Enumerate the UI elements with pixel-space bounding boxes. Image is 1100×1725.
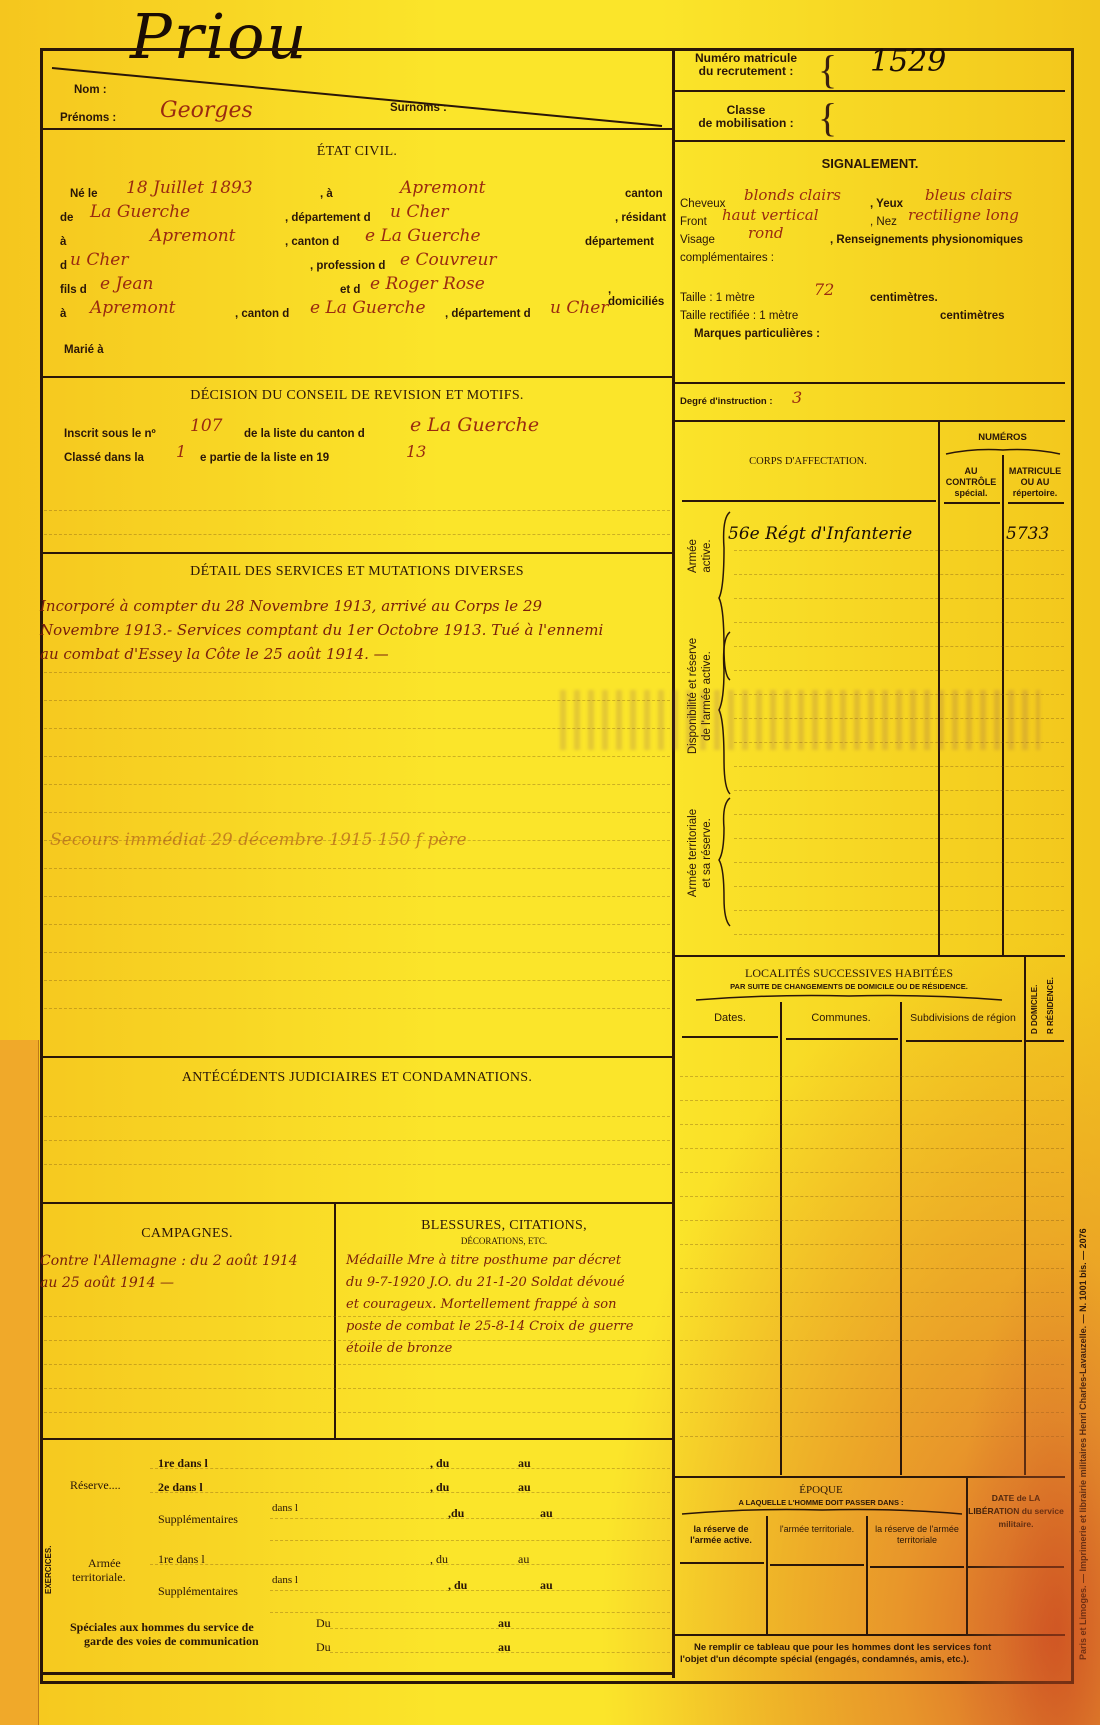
divider — [42, 376, 672, 378]
reserve-label: Réserve.... — [70, 1478, 121, 1493]
controle-header: AU CONTRÔLE spécial. — [940, 466, 1002, 499]
pere: e Jean — [100, 274, 153, 294]
decision-canton: e La Guerche — [410, 414, 539, 436]
divider — [675, 420, 1065, 422]
visage-value: rond — [748, 224, 783, 242]
ruled-line — [734, 838, 1064, 839]
section-label-line: Armée territoriale — [686, 788, 700, 918]
etat-civil-block: Né le 18 Juillet 1893 , à Apremont canto… — [60, 178, 670, 358]
antecedents-title: ANTÉCÉDENTS JUDICIAIRES ET CONDAMNATIONS… — [42, 1070, 672, 1086]
ruled-line — [734, 862, 1064, 863]
domicile-label: D DOMICILE. — [1030, 985, 1039, 1034]
renseignements-label: , Renseignements physionomiques — [830, 234, 1023, 246]
divider — [42, 552, 672, 554]
brace: { — [818, 46, 837, 93]
services-line: Novembre 1913.- Services comptant du 1er… — [40, 618, 680, 642]
divider — [682, 500, 936, 502]
brace-horizontal — [680, 1508, 964, 1516]
a-label: à — [60, 236, 66, 248]
blessure-line: et courageux. Mortellement frappé à son — [346, 1294, 670, 1316]
ruled-line — [680, 1076, 1064, 1077]
blessure-line: du 9-7-1920 J.O. du 21-1-20 Soldat dévou… — [346, 1272, 670, 1294]
partie: 1 — [176, 442, 186, 461]
front-label: Front — [680, 216, 707, 228]
ruled-line — [44, 756, 670, 757]
profession: e Couvreur — [400, 250, 497, 270]
territoriale-label: territoriale. — [72, 1570, 126, 1585]
matricule-line: MATRICULE — [1004, 466, 1066, 477]
ruled-line — [330, 1652, 670, 1653]
blessures-subtitle: DÉCORATIONS, ETC. — [336, 1236, 672, 1246]
taille-label: Taille : 1 mètre — [680, 292, 755, 304]
ruled-line — [680, 1100, 1064, 1101]
campagne-line: Contre l'Allemagne : du 2 août 1914 — [40, 1250, 334, 1272]
taille-rectifiee-label: Taille rectifiée : 1 mètre — [680, 310, 798, 322]
ruled-line — [44, 672, 670, 673]
nom-strike-line — [42, 50, 672, 130]
classe-label-line: de mobilisation : — [676, 117, 816, 130]
matricule-label: Numéro matricule du recrutement : — [676, 52, 816, 78]
controle-line: spécial. — [940, 488, 1002, 499]
ruled-line — [734, 790, 1064, 791]
services-line: au combat d'Essey la Côte le 25 août 191… — [40, 642, 680, 666]
matricule-repertoire-value: 5733 — [1006, 524, 1049, 544]
services-title: DÉTAIL DES SERVICES ET MUTATIONS DIVERSE… — [42, 564, 672, 580]
exercices-block: Réserve.... 1re dans l , du au 2e dans l… — [58, 1450, 668, 1650]
divider — [42, 1056, 672, 1058]
yeux-label: , Yeux — [870, 198, 903, 210]
section-label-territoriale: Armée territoriale et sa réserve. — [686, 788, 714, 918]
centimetres-label: centimètres — [940, 310, 1005, 322]
campagnes-title: CAMPAGNES. — [42, 1226, 332, 1242]
matricule-line: OU AU — [1004, 477, 1066, 488]
canton-label: , canton d — [235, 308, 289, 320]
yeux-value: bleus clairs — [925, 186, 1012, 204]
localites-col-dates: Dates. — [680, 1012, 780, 1024]
ruled-line — [44, 1412, 670, 1413]
ruled-line — [680, 1220, 1064, 1221]
divider — [770, 1564, 864, 1566]
canton-parents: e La Guerche — [310, 298, 426, 318]
ruled-line — [44, 510, 670, 511]
column-divider — [672, 48, 675, 1678]
ruled-line — [680, 1172, 1064, 1173]
marques-label: Marques particulières : — [694, 328, 820, 340]
ruled-line — [734, 670, 1064, 671]
ruled-line — [680, 1148, 1064, 1149]
canton-label: , canton d — [285, 236, 339, 248]
fils-label: fils d — [60, 284, 87, 296]
a-label: , à — [320, 188, 333, 200]
ruled-line — [734, 934, 1064, 935]
ruled-line — [270, 1540, 670, 1541]
residence: Apremont — [150, 226, 235, 246]
campagne-line: au 25 août 1914 — — [40, 1272, 334, 1294]
divider — [1008, 502, 1064, 504]
domicile-parents: Apremont — [90, 298, 175, 318]
brace-horizontal — [944, 448, 1062, 456]
ruled-line — [734, 910, 1064, 911]
ruled-line — [150, 1564, 670, 1565]
canton-label: canton — [625, 188, 663, 200]
stain — [960, 1260, 1100, 1725]
blessures-text: Médaille Mre à titre posthume par décret… — [346, 1250, 670, 1360]
controle-line: CONTRÔLE — [940, 477, 1002, 488]
territoriale-row-label: Supplémentaires — [158, 1584, 238, 1599]
ruled-line — [680, 1244, 1064, 1245]
annee: 13 — [406, 442, 426, 461]
epoque-col-reserve-active: la réserve de l'armée active. — [678, 1524, 764, 1546]
matricule-line: répertoire. — [1004, 488, 1066, 499]
centimetres-label: centimètres. — [870, 292, 938, 304]
visage-label: Visage — [680, 234, 715, 246]
degre-label: Degré d'instruction : — [680, 396, 773, 407]
matricule-label-line: du recrutement : — [676, 65, 816, 78]
ruled-line — [44, 868, 670, 869]
faded-stamp — [560, 690, 1040, 750]
controle-line: AU — [940, 466, 1002, 477]
ruled-line — [44, 1316, 670, 1317]
reserve-row-label: Supplémentaires — [158, 1512, 238, 1527]
departement-label: , département d — [285, 212, 371, 224]
dans-label: dans l — [272, 1502, 298, 1514]
numeros-title: NUMÉROS — [940, 432, 1065, 443]
blessure-line: Médaille Mre à titre posthume par décret — [346, 1250, 670, 1272]
ruled-line — [44, 1364, 670, 1365]
degre-value: 3 — [792, 388, 802, 407]
ruled-line — [734, 598, 1064, 599]
blessure-line: étoile de bronze — [346, 1338, 670, 1360]
ruled-line — [734, 814, 1064, 815]
ruled-line — [44, 1008, 670, 1009]
residence-label: R RÉSIDENCE. — [1046, 977, 1055, 1034]
cheveux-value: blonds clairs — [744, 186, 841, 204]
divider — [42, 1672, 672, 1675]
ruled-line — [150, 1492, 670, 1493]
divider — [680, 1562, 764, 1564]
column-divider — [766, 1516, 768, 1636]
ruled-line — [44, 812, 670, 813]
divider — [870, 1566, 964, 1568]
blessures-title: BLESSURES, CITATIONS, — [336, 1218, 672, 1234]
divider — [675, 382, 1065, 384]
services-line: Incorporé à compter du 28 Novembre 1913,… — [40, 594, 680, 618]
departement-residence: u Cher — [70, 250, 129, 270]
canton-residence: e La Guerche — [365, 226, 481, 246]
date-naissance: 18 Juillet 1893 — [126, 178, 253, 198]
matricule-header: MATRICULE OU AU répertoire. — [1004, 466, 1066, 499]
a-label: à — [60, 308, 66, 320]
localites-subtitle: PAR SUITE DE CHANGEMENTS DE DOMICILE OU … — [676, 982, 1022, 991]
departement-naissance: u Cher — [390, 202, 449, 222]
du-label: Du — [316, 1616, 331, 1631]
ne-le-label: Né le — [70, 188, 98, 200]
ruled-line — [270, 1518, 670, 1519]
divider — [675, 140, 1065, 142]
section-label-line: et sa réserve. — [700, 788, 714, 918]
divider — [42, 1202, 672, 1204]
exercices-side-label: EXERCICES. — [44, 1546, 53, 1594]
canton-naissance: La Guerche — [90, 202, 190, 222]
du-label: d — [60, 260, 67, 272]
front-value: haut vertical — [722, 206, 819, 224]
ruled-line — [734, 766, 1064, 767]
ruled-line — [44, 1116, 670, 1117]
section-label-line: active. — [700, 516, 714, 596]
signalement-title: SIGNALEMENT. — [675, 156, 1065, 171]
dans-label: dans l — [272, 1574, 298, 1586]
marie-label: Marié à — [64, 344, 104, 356]
divider — [675, 90, 1065, 92]
localites-col-subdivisions: Subdivisions de région — [902, 1012, 1024, 1024]
departement-label: département — [585, 236, 654, 248]
epoque-col-territoriale: l'armée territoriale. — [770, 1524, 864, 1535]
matricule-value: 1529 — [870, 44, 946, 79]
divider — [944, 502, 1000, 504]
localites-title: LOCALITÉS SUCCESSIVES HABITÉES — [676, 966, 1022, 981]
ruled-line — [44, 1388, 670, 1389]
epoque-col-reserve-territoriale: la réserve de l'armée territoriale — [870, 1524, 964, 1546]
ruled-line — [330, 1628, 670, 1629]
liste-canton-label: de la liste du canton d — [244, 428, 365, 440]
brace: { — [818, 94, 837, 141]
ruled-line — [680, 1196, 1064, 1197]
signalement-block: Cheveux blonds clairs , Yeux bleus clair… — [680, 180, 1070, 350]
corps-affectation-value: 56e Régt d'Infanterie — [728, 524, 912, 544]
ruled-line — [270, 1612, 670, 1613]
et-label: et d — [340, 284, 360, 296]
speciales-label: garde des voies de communication — [84, 1634, 259, 1649]
residant-label: , résidant — [615, 212, 666, 224]
ruled-line — [44, 1140, 670, 1141]
ruled-line — [44, 784, 670, 785]
cheveux-label: Cheveux — [680, 198, 725, 210]
inscrit-label: Inscrit sous le nº — [64, 428, 156, 440]
inscrit-numero: 107 — [190, 416, 222, 436]
territoriale-label: Armée — [88, 1556, 121, 1571]
column-divider — [780, 1002, 782, 1475]
ruled-line — [270, 1590, 670, 1591]
ruled-line — [150, 1468, 670, 1469]
departement-label: , département d — [445, 308, 531, 320]
ruled-line — [44, 924, 670, 925]
ruled-line — [44, 1164, 670, 1165]
ruled-line — [44, 840, 670, 841]
divider — [682, 1036, 778, 1038]
decision-title: DÉCISION DU CONSEIL DE REVISION ET MOTIF… — [42, 388, 672, 404]
nez-label: , Nez — [870, 216, 897, 228]
partie-label: e partie de la liste en 19 — [200, 452, 329, 464]
ruled-line — [734, 646, 1064, 647]
column-divider — [900, 1002, 902, 1475]
complementaires-label: complémentaires : — [680, 252, 774, 264]
divider — [42, 1438, 672, 1440]
departement-parents: u Cher — [550, 298, 609, 318]
divider — [786, 1038, 898, 1040]
etat-civil-title: ÉTAT CIVIL. — [42, 144, 672, 160]
nez-value: rectiligne long — [908, 206, 1019, 224]
ruled-line — [44, 980, 670, 981]
epoque-title: ÉPOQUE — [676, 1484, 966, 1496]
corps-title: CORPS D'AFFECTATION. — [680, 456, 936, 467]
lieu-naissance: Apremont — [400, 178, 485, 198]
ruled-line — [44, 896, 670, 897]
ruled-line — [44, 952, 670, 953]
taille-value: 72 — [814, 280, 834, 299]
ruled-line — [44, 1340, 670, 1341]
ruled-line — [734, 886, 1064, 887]
mere: e Roger Rose — [370, 274, 485, 294]
de-label: de — [60, 212, 73, 224]
column-divider — [938, 420, 940, 955]
classe-label: Classé dans la — [64, 452, 144, 464]
classe-mobilisation-label: Classe de mobilisation : — [676, 104, 816, 130]
epoque-subtitle: A LAQUELLE L'HOMME DOIT PASSER DANS : — [676, 1498, 966, 1507]
speciales-label: Spéciales aux hommes du service de — [70, 1620, 254, 1635]
brace-horizontal — [694, 994, 1004, 1002]
divider — [675, 955, 1065, 957]
ruled-line — [734, 574, 1064, 575]
divider — [1026, 1040, 1064, 1042]
section-label-line: Armée — [686, 516, 700, 596]
campagnes-text: Contre l'Allemagne : du 2 août 1914 au 2… — [40, 1250, 334, 1294]
du-label: Du — [316, 1640, 331, 1655]
profession-label: , profession d — [310, 260, 385, 272]
binding-tab — [0, 1040, 39, 1725]
ruled-line — [680, 1124, 1064, 1125]
ruled-line — [44, 534, 670, 535]
blessure-line: poste de combat le 25-8-14 Croix de guer… — [346, 1316, 670, 1338]
divider — [906, 1040, 1022, 1042]
localites-col-communes: Communes. — [782, 1012, 900, 1024]
column-divider — [866, 1516, 868, 1636]
services-text: Incorporé à compter du 28 Novembre 1913,… — [40, 594, 680, 666]
section-label-armee-active: Armée active. — [686, 516, 714, 596]
ruled-line — [734, 622, 1064, 623]
ruled-line — [734, 550, 1064, 551]
